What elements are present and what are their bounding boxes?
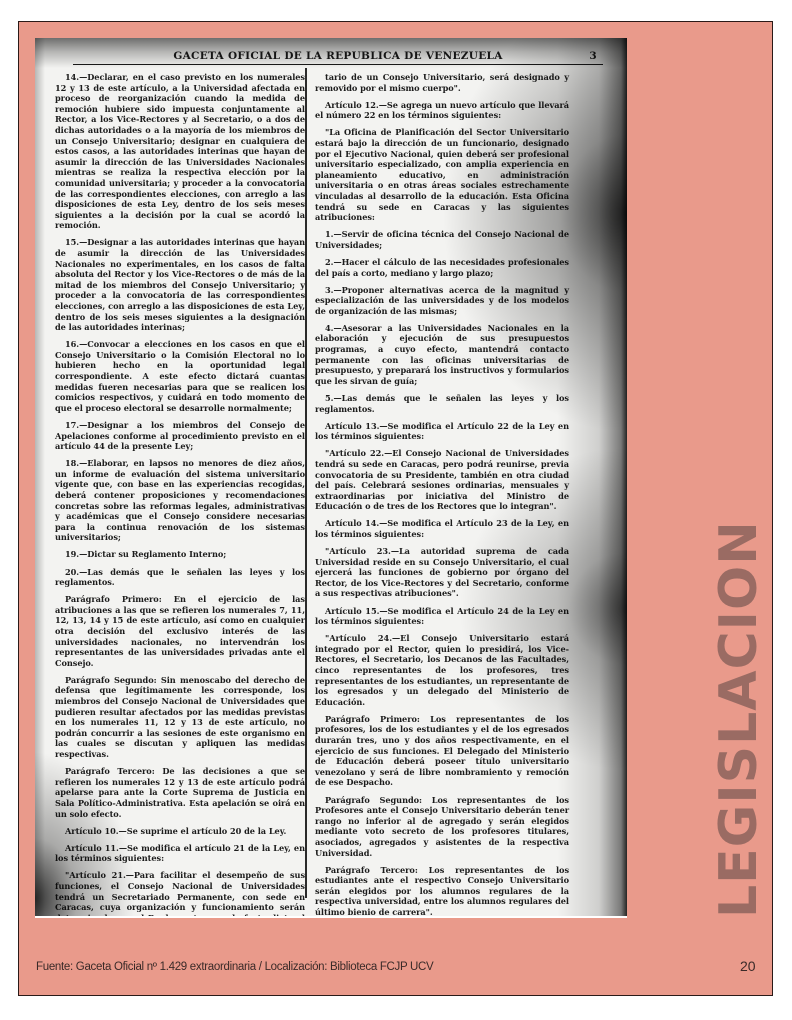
gazette-paragraph: Parágrafo Primero: En el ejercicio de la… — [55, 594, 305, 668]
gazette-paragraph: Artículo 15.—Se modifica el Artículo 24 … — [315, 606, 569, 627]
gazette-paragraph: 17.—Designar a los miembros del Consejo … — [55, 420, 305, 452]
gazette-paragraph: Artículo 12.—Se agrega un nuevo artículo… — [315, 100, 569, 121]
section-title: LEGISLACION — [714, 520, 764, 918]
gazette-header-page: 3 — [589, 50, 597, 62]
gazette-right-column: tario de un Consejo Universitario, será … — [315, 72, 569, 918]
gazette-paragraph: 16.—Convocar a elecciones en los casos e… — [55, 339, 305, 413]
gazette-paragraph: 19.—Dictar su Reglamento Interno; — [55, 549, 305, 560]
gazette-paragraph: Parágrafo Tercero: Los representantes de… — [315, 865, 569, 918]
gazette-paragraph: 14.—Declarar, en el caso previsto en los… — [55, 72, 305, 231]
gazette-paragraph: Artículo 14.—Se modifica el Artículo 23 … — [315, 518, 569, 539]
gazette-left-column: 14.—Declarar, en el caso previsto en los… — [55, 72, 305, 918]
gazette-paragraph: Parágrafo Segundo: Los representantes de… — [315, 795, 569, 859]
gazette-paragraph: "Artículo 21.—Para facilitar el desempeñ… — [55, 870, 305, 918]
footer-source: Fuente: Gaceta Oficial nº 1.429 extraord… — [36, 961, 433, 973]
column-divider — [305, 68, 307, 898]
gazette-paragraph: 15.—Designar a las autoridades interinas… — [55, 237, 305, 332]
page-number: 20 — [740, 958, 756, 974]
gazette-paragraph: "Artículo 24.—El Consejo Universitario e… — [315, 633, 569, 707]
gazette-paragraph: Parágrafo Primero: Los representantes de… — [315, 714, 569, 788]
gazette-paragraph: Artículo 11.—Se modifica el artículo 21 … — [55, 843, 305, 864]
gazette-paragraph: 18.—Elaborar, en lapsos no menores de di… — [55, 458, 305, 543]
gazette-paragraph: 5.—Las demás que le señalen las leyes y … — [315, 393, 569, 414]
gazette-paragraph: Artículo 10.—Se suprime el artículo 20 d… — [55, 826, 305, 837]
gazette-paragraph: tario de un Consejo Universitario, será … — [315, 72, 569, 93]
gazette-paragraph: 2.—Hacer el cálculo de las necesidades p… — [315, 257, 569, 278]
gazette-paragraph: Parágrafo Tercero: De las decisiones a q… — [55, 766, 305, 819]
gazette-paragraph: 1.—Servir de oficina técnica del Consejo… — [315, 229, 569, 250]
gazette-paragraph: Artículo 13.—Se modifica el Artículo 22 … — [315, 421, 569, 442]
gazette-header: GACETA OFICIAL DE LA REPUBLICA DE VENEZU… — [73, 50, 603, 65]
gazette-paragraph: 20.—Las demás que le señalen las leyes y… — [55, 567, 305, 588]
gazette-paragraph: Parágrafo Segundo: Sin menoscabo del der… — [55, 675, 305, 760]
gazette-paragraph: "La Oficina de Planificación del Sector … — [315, 127, 569, 222]
gazette-paragraph: 3.—Proponer alternativas acerca de la ma… — [315, 285, 569, 317]
gazette-paragraph: 4.—Asesorar a las Universidades Nacional… — [315, 323, 569, 387]
gazette-paragraph: "Artículo 23.—La autoridad suprema de ca… — [315, 546, 569, 599]
gazette-paragraph: "Artículo 22.—El Consejo Nacional de Uni… — [315, 448, 569, 512]
scanned-gazette-page: GACETA OFICIAL DE LA REPUBLICA DE VENEZU… — [35, 38, 627, 918]
gazette-header-title: GACETA OFICIAL DE LA REPUBLICA DE VENEZU… — [173, 50, 502, 62]
